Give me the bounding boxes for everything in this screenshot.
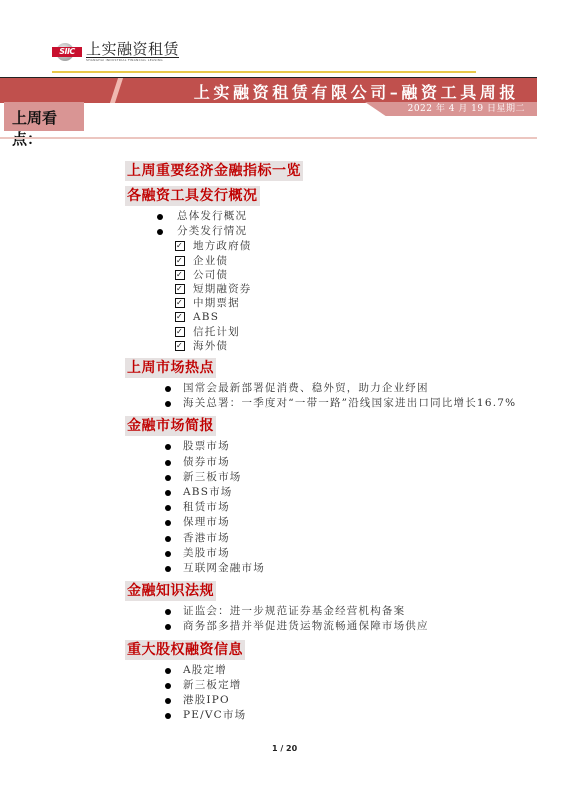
section-heading[interactable]: 金融知识法规: [125, 581, 216, 601]
list-item[interactable]: A股定增: [125, 663, 516, 678]
checklist-item[interactable]: ✓海外债: [125, 339, 516, 353]
bullet-icon: [165, 520, 171, 526]
checkbox-checked-icon: ✓: [175, 270, 185, 280]
list-item[interactable]: 债券市场: [125, 455, 516, 470]
bullet-icon: [165, 624, 171, 630]
checklist-item[interactable]: ✓中期票据: [125, 296, 516, 310]
section-heading[interactable]: 金融市场简报: [125, 416, 216, 436]
header-divider: [52, 71, 476, 73]
toc-section-market-brief: 金融市场简报 股票市场 债券市场 新三板市场 ABS市场 租赁市场 保理市场 香…: [125, 415, 516, 576]
list-item[interactable]: PE/VC市场: [125, 708, 516, 723]
logo-name-en: SHANGHAI INDUSTRIAL FINANCIAL LEASING: [86, 58, 179, 63]
report-title: 上实融资租赁有限公司–融资工具周报: [194, 80, 519, 103]
section-heading[interactable]: 上周重要经济金融指标一览: [125, 161, 303, 181]
list-item[interactable]: ABS市场: [125, 485, 516, 500]
checkbox-checked-icon: ✓: [175, 256, 185, 266]
logo-name-cn: 上实融资租赁: [86, 41, 179, 58]
bullet-icon: [165, 698, 171, 704]
checklist-item[interactable]: ✓公司债: [125, 268, 516, 282]
list-item[interactable]: 分类发行情况: [125, 224, 516, 239]
bullet-icon: [165, 475, 171, 481]
bullet-icon: [165, 444, 171, 450]
title-banner: 上实融资租赁有限公司–融资工具周报: [0, 77, 537, 103]
list-item[interactable]: 商务部多措并举促进货运物流畅通保障市场供应: [125, 619, 516, 634]
bullet-icon: [165, 668, 171, 674]
toc-section-equity-financing: 重大股权融资信息 A股定增 新三板定增 港股IPO PE/VC市场: [125, 639, 516, 724]
toc-section-issuance: 各融资工具发行概况 总体发行概况 分类发行情况 ✓地方政府债 ✓企业债 ✓公司债…: [125, 185, 516, 353]
toc-section-hotspots: 上周市场热点 国常会最新部署促消费、稳外贸，助力企业纾困 海关总署：一季度对“一…: [125, 357, 516, 411]
list-item[interactable]: 租赁市场: [125, 500, 516, 515]
list-item[interactable]: 美股市场: [125, 546, 516, 561]
bullet-icon: [165, 460, 171, 466]
list-item[interactable]: 证监会：进一步规范证券基金经营机构备案: [125, 604, 516, 619]
checklist-item[interactable]: ✓企业债: [125, 254, 516, 268]
section-heading[interactable]: 各融资工具发行概况: [125, 186, 260, 206]
company-logo: SIIC 上实融资租赁 SHANGHAI INDUSTRIAL FINANCIA…: [52, 40, 179, 64]
checklist-item[interactable]: ✓信托计划: [125, 325, 516, 339]
list-item[interactable]: 股票市场: [125, 439, 516, 454]
bullet-icon: [165, 505, 171, 511]
section-heading[interactable]: 重大股权融资信息: [125, 640, 245, 660]
bullet-icon: [165, 386, 171, 392]
section-label: 上周看点：: [4, 102, 84, 131]
checkbox-checked-icon: ✓: [175, 298, 185, 308]
bullet-icon: [165, 551, 171, 557]
list-item[interactable]: 保理市场: [125, 515, 516, 530]
bullet-icon: [157, 214, 163, 220]
checklist-item[interactable]: ✓地方政府债: [125, 239, 516, 253]
section-divider: [0, 137, 537, 139]
bullet-icon: [165, 566, 171, 572]
section-heading[interactable]: 上周市场热点: [125, 358, 216, 378]
table-of-contents: 上周重要经济金融指标一览 各融资工具发行概况 总体发行概况 分类发行情况 ✓地方…: [125, 160, 516, 727]
list-item[interactable]: 新三板定增: [125, 678, 516, 693]
checkbox-checked-icon: ✓: [175, 312, 185, 322]
checklist-item[interactable]: ✓短期融资券: [125, 282, 516, 296]
checklist-item[interactable]: ✓ABS: [125, 310, 516, 324]
banner-slash-decoration: [110, 78, 123, 103]
bullet-icon: [165, 609, 171, 615]
bullet-icon: [165, 713, 171, 719]
checkbox-checked-icon: ✓: [175, 341, 185, 351]
logo-icon: SIIC: [52, 43, 82, 61]
checkbox-checked-icon: ✓: [175, 241, 185, 251]
bullet-icon: [165, 401, 171, 407]
list-item[interactable]: 香港市场: [125, 531, 516, 546]
bullet-icon: [165, 490, 171, 496]
list-item[interactable]: 港股IPO: [125, 693, 516, 708]
checkbox-checked-icon: ✓: [175, 284, 185, 294]
checkbox-checked-icon: ✓: [175, 327, 185, 337]
toc-section-indicators: 上周重要经济金融指标一览: [125, 160, 516, 181]
page-number: 1 / 20: [272, 744, 297, 753]
report-date: 2022 年 4 月 19 日星期二: [408, 101, 525, 114]
list-item[interactable]: 互联网金融市场: [125, 561, 516, 576]
list-item[interactable]: 新三板市场: [125, 470, 516, 485]
list-item[interactable]: 国常会最新部署促消费、稳外贸，助力企业纾困: [125, 381, 516, 396]
bullet-icon: [165, 536, 171, 542]
bullet-icon: [157, 229, 163, 235]
bullet-icon: [165, 683, 171, 689]
toc-section-regulations: 金融知识法规 证监会：进一步规范证券基金经营机构备案 商务部多措并举促进货运物流…: [125, 580, 516, 634]
list-item[interactable]: 海关总署：一季度对“一带一路”沿线国家进出口同比增长16.7%: [125, 396, 516, 411]
list-item[interactable]: 总体发行概况: [125, 209, 516, 224]
